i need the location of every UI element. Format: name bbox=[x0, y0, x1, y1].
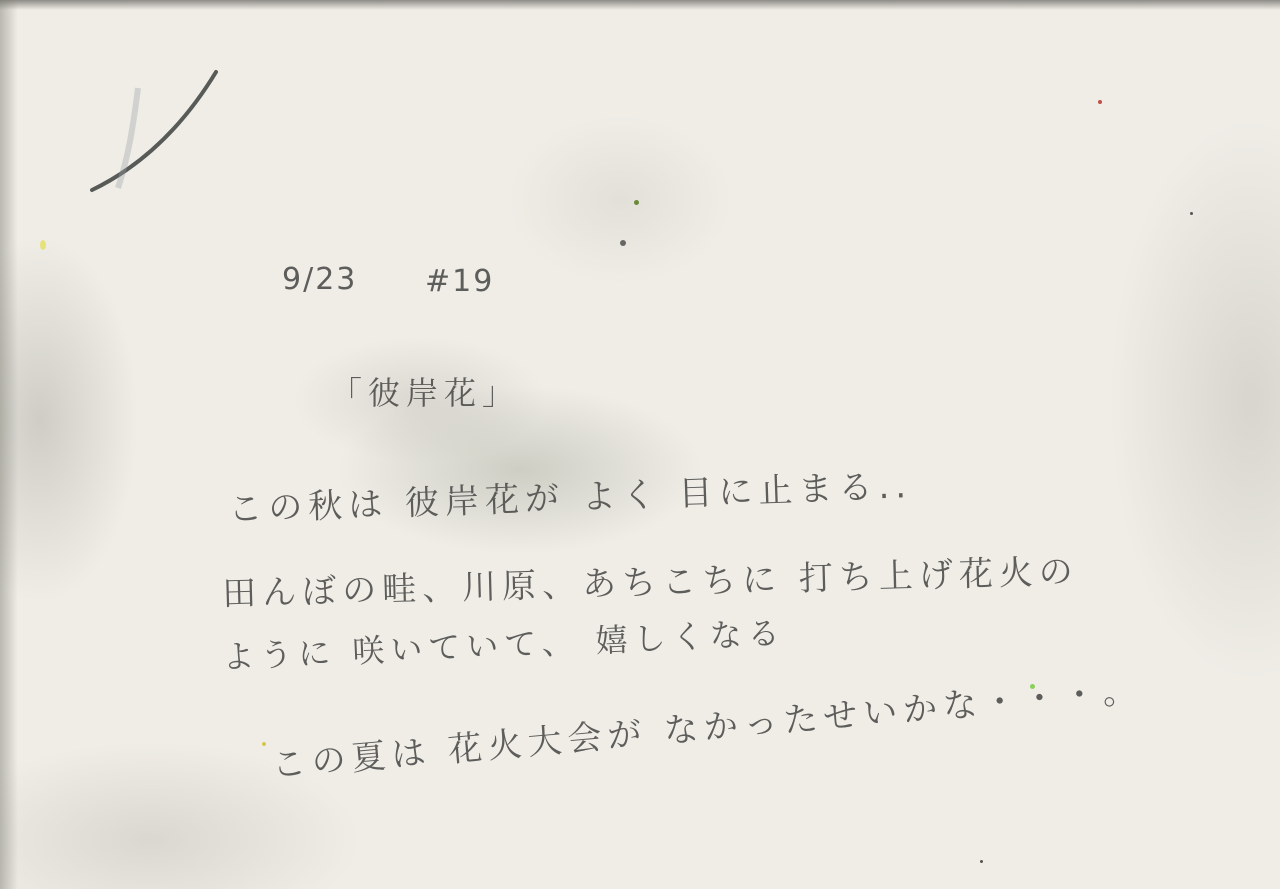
note-line-3: ように 咲いていて、 嬉しくなる bbox=[221, 608, 786, 679]
note-line-2: 田んぼの畦、川原、あちこちに 打ち上げ花火の bbox=[222, 544, 1080, 615]
speck bbox=[634, 200, 639, 205]
speck bbox=[262, 742, 266, 746]
speck bbox=[1098, 100, 1102, 104]
note-line-4: この夏は 花火大会が なかったせいかな・・・。 bbox=[270, 662, 1145, 787]
speck bbox=[40, 240, 46, 250]
note-number: #19 bbox=[425, 264, 494, 299]
note-date: 9/23 bbox=[282, 262, 357, 297]
speck bbox=[1190, 212, 1193, 215]
note-title: 「彼岸花」 bbox=[330, 368, 520, 414]
speck bbox=[620, 240, 626, 246]
paper-left-edge bbox=[0, 0, 18, 889]
paper-top-edge bbox=[0, 0, 1280, 10]
note-line-1: この秋は 彼岸花が よく 目に止まる.. bbox=[227, 458, 912, 531]
paper-sheet: 9/23 #19 「彼岸花」 この秋は 彼岸花が よく 目に止まる.. 田んぼの… bbox=[0, 0, 1280, 889]
speck bbox=[1030, 684, 1035, 689]
pencil-stroke-mark bbox=[88, 68, 228, 198]
speck bbox=[980, 860, 983, 863]
